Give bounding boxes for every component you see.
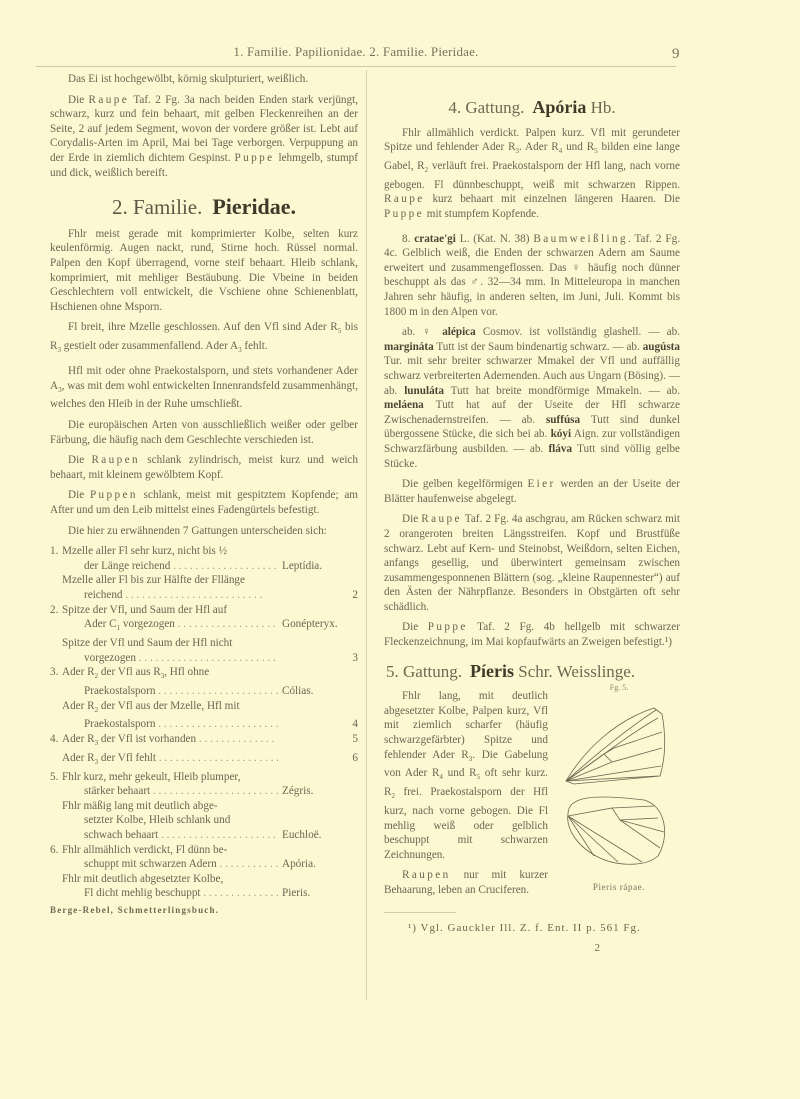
text: Taf. 2 Fg. 4a aschgrau, am Rücken schwar… [384, 513, 680, 613]
genus-heading-author: Schr. Weisslinge. [518, 662, 635, 681]
key-line: Fhlr mit deutlich abgesetzter Kolbe, [50, 872, 358, 887]
spaced-term: Puppen [90, 489, 138, 501]
key-line: Praekostalsporn . . . . . . . . . . . . … [50, 684, 358, 699]
key-text: Fhlr mit deutlich abgesetzter Kolbe, [62, 872, 223, 887]
text: Tutt hat breite mondförmige Mmakeln. — [444, 385, 667, 397]
key-text: Spitze der Vfl und Saum der Hfl nicht [62, 636, 232, 651]
key-target: 6 [278, 751, 358, 766]
key-text: vorgezogen [84, 651, 136, 666]
aberration-name: lunuláta [404, 385, 444, 397]
footnote-rule [384, 912, 456, 913]
leader-dots: . . . . . . . . . . . . . . . . . . . . … [158, 828, 278, 843]
leader-dots: . . . . . . . . . . . . . . . . . . . . … [155, 684, 278, 699]
spaced-term: Puppe [235, 152, 275, 164]
text: mit stumpfem Kopfende. [424, 208, 539, 220]
aberration-name: alépica [442, 326, 476, 338]
family-heading-name: Pieridae. [212, 194, 296, 219]
key-target: 4 [278, 717, 358, 732]
raupen-paragraph: Raupen nur mit kurzer Behaarung, leben a… [384, 868, 548, 897]
puppe-paragraph: Die Puppe Taf. 2 Fg. 4b hellgelb mit sch… [384, 620, 680, 649]
key-line: stärker behaart . . . . . . . . . . . . … [50, 784, 358, 799]
key-line: der Länge reichend . . . . . . . . . . .… [50, 559, 358, 574]
text: kurz behaart mit einzelnen längeren Haar… [425, 193, 680, 205]
running-head: 1. Familie. Papilionidae. 2. Familie. Pi… [36, 44, 676, 60]
key-line: 3.Ader R2 der Vfl aus R3, Hfl ohne [50, 665, 358, 684]
spaced-term: Eier [527, 478, 555, 490]
spaced-term: Raupen [402, 869, 451, 881]
family-paragraph: Die europäischen Arten von ausschließlic… [50, 418, 358, 447]
text: Die [68, 489, 90, 501]
text: Die [68, 454, 91, 466]
key-line: 5.Fhlr kurz, mehr gekeult, Hleib plumper… [50, 770, 358, 785]
key-text: Fhlr kurz, mehr gekeult, Hleib plumper, [62, 770, 241, 785]
key-line: schuppt mit schwarzen Adern . . . . . . … [50, 857, 358, 872]
species-number: 8. [402, 233, 410, 245]
key-text: Fhlr mäßig lang mit deutlich abge- [62, 799, 218, 814]
key-line: 6.Fhlr allmählich verdickt, Fl dünn be- [50, 843, 358, 858]
key-target: 2 [278, 588, 358, 603]
spaced-term: Raupe [421, 513, 462, 525]
spaced-term: Raupe [89, 94, 130, 106]
key-number: 6. [50, 843, 62, 858]
key-line: Ader R3 der Vfl fehlt . . . . . . . . . … [50, 751, 358, 770]
genus-heading-author: Hb. [591, 98, 616, 117]
text: ab. [384, 385, 404, 397]
key-line: 1.Mzelle aller Fl sehr kurz, nicht bis ½ [50, 544, 358, 559]
aberrations-paragraph: ab. ♀ alépica Cosmov. ist vollständig gl… [384, 325, 680, 471]
text: Cosmov. ist vollständig glashell. — [476, 326, 667, 338]
key-line: Mzelle aller Fl bis zur Hälfte der Fllän… [50, 573, 358, 588]
header-rule [36, 66, 676, 67]
key-target: 5 [278, 732, 358, 747]
butterfly-wing-icon [554, 696, 684, 876]
genus-heading: 4. Gattung.Apória Hb. [384, 100, 680, 116]
key-target: Apória. [278, 857, 358, 872]
text: Die [402, 513, 421, 525]
key-line: Spitze der Vfl und Saum der Hfl nicht [50, 636, 358, 651]
genus-heading-name: Apória [532, 97, 586, 117]
genus-heading-prefix: 4. Gattung. [448, 98, 524, 117]
text: Tur. mit sehr breiter schwarzer Mmakel d… [384, 355, 680, 382]
spaced-term: Raupe [384, 193, 425, 205]
family-heading: 2. Familie.Pieridae. [50, 200, 358, 215]
genus-heading-name: Píeris [470, 661, 514, 681]
key-text: Praekostalsporn [84, 717, 155, 732]
key-target: 3 [278, 651, 358, 666]
key-target: Zégris. [278, 784, 358, 799]
key-text: schuppt mit schwarzen Adern [84, 857, 217, 872]
key-target: Euchloë. [278, 828, 358, 843]
pieris-section: Fhlr lang, mit deutlich abgesetzter Kolb… [384, 689, 680, 897]
leader-dots: . . . . . . . . . . . . . . . . . . . . … [155, 717, 278, 732]
leader-dots: . . . . . . . . . . . . . . . . . . . . … [156, 751, 278, 766]
species-entry: 8. cratae'gi L. (Kat. N. 38) Baumweißlin… [384, 232, 680, 320]
key-text: Ader R3 der Vfl ist vorhanden [62, 732, 196, 751]
text: Die gelben kegelförmigen [402, 478, 527, 490]
key-text: schwach behaart [84, 828, 158, 843]
book-page: 1. Familie. Papilionidae. 2. Familie. Pi… [0, 0, 800, 1099]
key-target: Pieris. [278, 886, 358, 901]
key-text: der Länge reichend [84, 559, 170, 574]
figure-caption: Pieris rápae. [554, 880, 684, 895]
right-column: 4. Gattung.Apória Hb. Fhlr allmählich ve… [384, 72, 680, 956]
key-target: Gonépteryx. [278, 617, 358, 632]
aberration-name: kóyi [551, 428, 572, 440]
aberration-name: margináta [384, 341, 434, 353]
wing-venation-figure: Fg. 5. [554, 681, 684, 891]
key-number: 3. [50, 665, 62, 680]
text: Tutt ist der Saum bindenartig schwarz. — [434, 341, 627, 353]
text: ab. [522, 414, 546, 426]
key-target: Cólias. [278, 684, 358, 699]
text: ab. ♀ [402, 326, 442, 338]
key-text: Ader C1 vorgezogen [84, 617, 175, 636]
key-text: Ader R3 der Vfl fehlt [62, 751, 156, 770]
key-number: 4. [50, 732, 62, 747]
leader-dots: . . . . . . . . . . . . . . . . . . . . … [201, 886, 278, 901]
family-heading-prefix: 2. Familie. [112, 195, 202, 219]
key-text: stärker behaart [84, 784, 150, 799]
key-line: vorgezogen . . . . . . . . . . . . . . .… [50, 651, 358, 666]
key-number: 5. [50, 770, 62, 785]
leader-dots: . . . . . . . . . . . . . . . . . . . . … [123, 588, 278, 603]
key-line: schwach behaart . . . . . . . . . . . . … [50, 828, 358, 843]
left-column: Das Ei ist hochgewölbt, körnig skulpturi… [50, 72, 358, 918]
genus-description: Fhlr allmählich verdickt. Palpen kurz. V… [384, 126, 680, 222]
raupe-paragraph: Die Raupe Taf. 2 Fg. 4a aschgrau, am Rüc… [384, 512, 680, 614]
key-line: setzter Kolbe, Hleib schlank und [50, 813, 358, 828]
leader-dots: . . . . . . . . . . . . . . . . . . . . … [150, 784, 278, 799]
key-intro: Die hier zu erwähnenden 7 Gattungen unte… [50, 524, 358, 539]
pieris-text: Fhlr lang, mit deutlich abgesetzter Kolb… [384, 689, 548, 897]
family-paragraph: Fhlr meist gerade mit komprimierter Kolb… [50, 227, 358, 315]
egg-paragraph: Das Ei ist hochgewölbt, körnig skulpturi… [50, 72, 358, 87]
aberration-name: meláena [384, 399, 424, 411]
species-name: cratae'gi [414, 233, 456, 245]
aberration-name: augústa [643, 341, 680, 353]
key-line: Ader C1 vorgezogen . . . . . . . . . . .… [50, 617, 358, 636]
eier-paragraph: Die gelben kegelförmigen Eier werden an … [384, 477, 680, 506]
key-line: Ader R2 der Vfl aus der Mzelle, Hfl mit [50, 699, 358, 718]
key-line: Praekostalsporn . . . . . . . . . . . . … [50, 717, 358, 732]
spaced-term: Puppe [428, 621, 468, 633]
key-number: 2. [50, 603, 62, 618]
key-text: Mzelle aller Fl sehr kurz, nicht bis ½ [62, 544, 227, 559]
genus-key: 1.Mzelle aller Fl sehr kurz, nicht bis ½… [50, 544, 358, 901]
key-text: Spitze der Vfl, und Saum der Hfl auf [62, 603, 227, 618]
key-text: Fhlr allmählich verdickt, Fl dünn be- [62, 843, 227, 858]
book-imprint: Berge-Rebel, Schmetterlingsbuch. [50, 903, 358, 918]
puppen-paragraph: Die Puppen schlank, meist mit gespitztem… [50, 488, 358, 517]
key-text: reichend [84, 588, 123, 603]
text: Die [402, 621, 428, 633]
text: ab. [626, 341, 642, 353]
spaced-term: Raupen [91, 454, 140, 466]
leader-dots: . . . . . . . . . . . . . . . . . . . . … [196, 732, 278, 747]
leader-dots: . . . . . . . . . . . . . . . . . . . . … [175, 617, 278, 632]
key-number: 1. [50, 544, 62, 559]
key-target: Leptídia. [278, 559, 358, 574]
raupe-paragraph: Die Raupe Taf. 2 Fg. 3a nach beiden Ende… [50, 93, 358, 181]
key-text: Fl dicht mehlig beschuppt [84, 886, 201, 901]
family-paragraph: Hfl mit oder ohne Praekostalsporn, und s… [50, 364, 358, 412]
key-line: reichend . . . . . . . . . . . . . . . .… [50, 588, 358, 603]
leader-dots: . . . . . . . . . . . . . . . . . . . . … [170, 559, 278, 574]
leader-dots: . . . . . . . . . . . . . . . . . . . . … [136, 651, 278, 666]
aberration-name: fláva [548, 443, 572, 455]
text: ab. [667, 326, 680, 338]
page-number: 9 [672, 46, 680, 63]
species-ref: L. (Kat. N. 38) [456, 233, 533, 245]
text: ab. [667, 385, 680, 397]
aberration-name: suffúsa [546, 414, 580, 426]
genus-description: Fhlr lang, mit deutlich abgesetzter Kolb… [384, 689, 548, 862]
key-text: Ader R2 der Vfl aus der Mzelle, Hfl mit [62, 699, 240, 718]
signature-mark: 2 [384, 941, 680, 956]
raupen-paragraph: Die Raupen schlank zylindrisch, meist ku… [50, 453, 358, 482]
text: ab. [530, 443, 549, 455]
key-line: 4.Ader R3 der Vfl ist vorhanden . . . . … [50, 732, 358, 751]
key-text: Ader R2 der Vfl aus R3, Hfl ohne [62, 665, 209, 684]
genus-heading: 5. Gattung.Píeris Schr. Weisslinge. [386, 664, 680, 680]
figure-label: Fg. 5. [554, 681, 684, 696]
family-paragraph: Fl breit, ihre Mzelle geschlossen. Auf d… [50, 320, 358, 358]
genus-heading-prefix: 5. Gattung. [386, 662, 462, 681]
text: Die [68, 94, 89, 106]
key-line: Fl dicht mehlig beschuppt . . . . . . . … [50, 886, 358, 901]
key-line: 2.Spitze der Vfl, und Saum der Hfl auf [50, 603, 358, 618]
column-divider [366, 70, 367, 1000]
key-text: Praekostalsporn [84, 684, 155, 699]
species-text: . Taf. 2 Fg. 4c. Gelblich weiß, die Ende… [384, 233, 680, 318]
leader-dots: . . . . . . . . . . . . . . . . . . . . … [217, 857, 278, 872]
key-text: Mzelle aller Fl bis zur Hälfte der Fllän… [62, 573, 245, 588]
key-text: setzter Kolbe, Hleib schlank und [84, 813, 230, 828]
species-common-name: Baumweißling [533, 233, 628, 245]
spaced-term: Puppe [384, 208, 424, 220]
key-line: Fhlr mäßig lang mit deutlich abge- [50, 799, 358, 814]
footnote: ¹) Vgl. Gauckler Ill. Z. f. Ent. II p. 5… [384, 921, 680, 936]
